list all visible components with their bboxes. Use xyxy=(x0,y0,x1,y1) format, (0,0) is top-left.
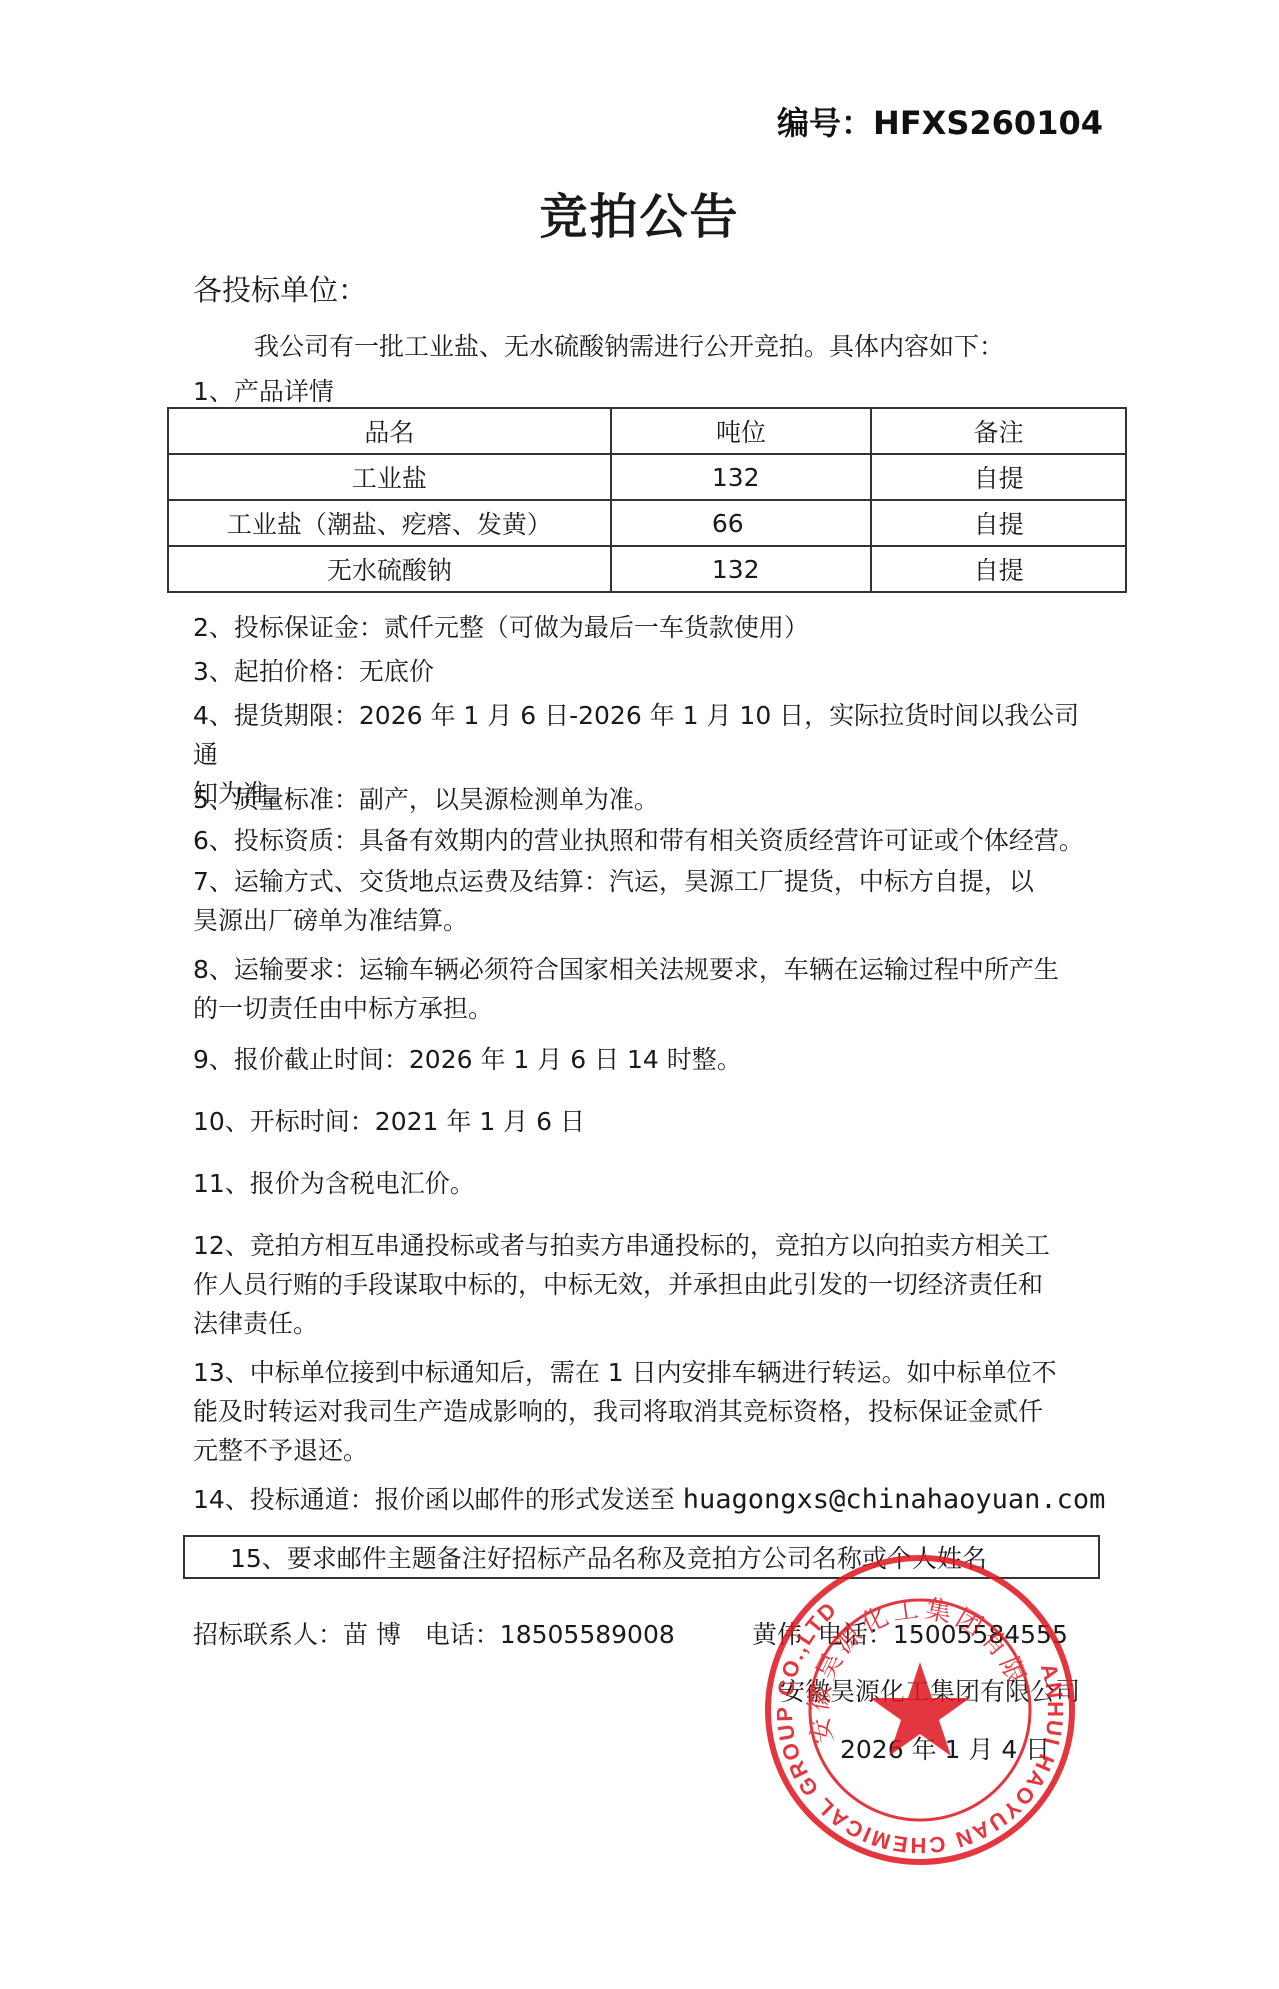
clause-text: 4、提货期限：2026 年 1 月 6 日-2026 年 1 月 10 日，实际… xyxy=(193,696,1103,774)
clause-text: 元整不予退还。 xyxy=(193,1431,1103,1470)
secondary-contact: 黄伟 电话：15005584555 xyxy=(752,1615,1068,1651)
clause-bid-channel: 14、投标通道：报价函以邮件的形式发送至 huagongxs@chinahaoy… xyxy=(193,1480,1103,1519)
clause-text: 5、质量标准：副产，以昊源检测单为准。 xyxy=(193,780,1103,819)
column-header-name: 品名 xyxy=(168,408,611,454)
clause-text: 昊源出厂磅单为准结算。 xyxy=(193,901,1103,940)
email-link[interactable]: huagongxs@chinahaoyuan.com xyxy=(683,1484,1106,1515)
cell-tonnage: 132 xyxy=(611,546,871,592)
cell-name: 无水硫酸钠 xyxy=(168,546,611,592)
cell-note: 自提 xyxy=(871,454,1126,500)
cell-name: 工业盐 xyxy=(168,454,611,500)
clause-quote-deadline: 9、报价截止时间：2026 年 1 月 6 日 14 时整。 xyxy=(193,1040,1103,1079)
clause-tax-price: 11、报价为含税电汇价。 xyxy=(193,1164,1103,1203)
clause-text: 的一切责任由中标方承担。 xyxy=(193,989,1103,1028)
primary-contact: 招标联系人：苗 博 电话：18505589008 xyxy=(193,1615,675,1651)
clause-transport-requirements: 8、运输要求：运输车辆必须符合国家相关法规要求，车辆在运输过程中所产生 的一切责… xyxy=(193,950,1103,1028)
company-name: 安徽昊源化工集团有限公司 xyxy=(780,1672,1080,1708)
column-header-tonnage: 吨位 xyxy=(611,408,871,454)
clause-text: 3、起拍价格：无底价 xyxy=(193,652,1103,691)
cell-tonnage: 66 xyxy=(611,500,871,546)
clause-text: 能及时转运对我司生产造成影响的，我司将取消其竞标资格，投标保证金贰仟 xyxy=(193,1392,1103,1431)
clause-text: 2、投标保证金：贰仟元整（可做为最后一车货款使用） xyxy=(193,608,1103,647)
table-row: 工业盐 132 自提 xyxy=(168,454,1126,500)
email-subject-notice: 15、要求邮件主题备注好招标产品名称及竞拍方公司名称或个人姓名 xyxy=(183,1535,1100,1579)
clause-transport-settlement: 7、运输方式、交货地点运费及结算：汽运，昊源工厂提货，中标方自提，以 昊源出厂磅… xyxy=(193,862,1103,940)
clause-winning-bid: 13、中标单位接到中标通知后，需在 1 日内安排车辆进行转运。如中标单位不 能及… xyxy=(193,1353,1103,1470)
clause-text: 法律责任。 xyxy=(193,1304,1103,1343)
cell-note: 自提 xyxy=(871,546,1126,592)
clause-opening-time: 10、开标时间：2021 年 1 月 6 日 xyxy=(193,1102,1103,1141)
clause-text: 11、报价为含税电汇价。 xyxy=(193,1164,1103,1203)
clause-qualification: 6、投标资质：具备有效期内的营业执照和带有相关资质经营许可证或个体经营。 xyxy=(193,821,1103,860)
cell-tonnage: 132 xyxy=(611,454,871,500)
clause-text: 6、投标资质：具备有效期内的营业执照和带有相关资质经营许可证或个体经营。 xyxy=(193,821,1103,860)
salutation: 各投标单位： xyxy=(193,268,367,309)
cell-note: 自提 xyxy=(871,500,1126,546)
column-header-note: 备注 xyxy=(871,408,1126,454)
page-title: 竞拍公告 xyxy=(0,178,1279,247)
table-row: 工业盐（潮盐、疙瘩、发黄） 66 自提 xyxy=(168,500,1126,546)
clause-text: 7、运输方式、交货地点运费及结算：汽运，昊源工厂提货，中标方自提，以 xyxy=(193,862,1103,901)
table-header-row: 品名 吨位 备注 xyxy=(168,408,1126,454)
clause-start-price: 3、起拍价格：无底价 xyxy=(193,652,1103,691)
clause-text: 9、报价截止时间：2026 年 1 月 6 日 14 时整。 xyxy=(193,1040,1103,1079)
clause-text: 10、开标时间：2021 年 1 月 6 日 xyxy=(193,1102,1103,1141)
intro-paragraph: 我公司有一批工业盐、无水硫酸钠需进行公开竞拍。具体内容如下： xyxy=(254,327,1004,363)
clause-text: 12、竞拍方相互串通投标或者与拍卖方串通投标的，竞拍方以向拍卖方相关工 xyxy=(193,1226,1103,1265)
clause-text: 作人员行贿的手段谋取中标的，中标无效，并承担由此引发的一切经济责任和 xyxy=(193,1265,1103,1304)
clause-text: 8、运输要求：运输车辆必须符合国家相关法规要求，车辆在运输过程中所产生 xyxy=(193,950,1103,989)
product-table: 品名 吨位 备注 工业盐 132 自提 工业盐（潮盐、疙瘩、发黄） 66 自提 … xyxy=(167,407,1127,593)
clause-quality: 5、质量标准：副产，以昊源检测单为准。 xyxy=(193,780,1103,819)
section-product-details-title: 1、产品详情 xyxy=(193,372,334,408)
clause-text: 14、投标通道：报价函以邮件的形式发送至 xyxy=(193,1485,683,1514)
company-seal-icon: ANHUI HAOYUAN CHEMICAL GROUP CO.,LTD 安徽昊… xyxy=(760,1550,1080,1870)
cell-name: 工业盐（潮盐、疙瘩、发黄） xyxy=(168,500,611,546)
clause-collusion: 12、竞拍方相互串通投标或者与拍卖方串通投标的，竞拍方以向拍卖方相关工 作人员行… xyxy=(193,1226,1103,1343)
table-row: 无水硫酸钠 132 自提 xyxy=(168,546,1126,592)
clause-text: 13、中标单位接到中标通知后，需在 1 日内安排车辆进行转运。如中标单位不 xyxy=(193,1353,1103,1392)
clause-deposit: 2、投标保证金：贰仟元整（可做为最后一车货款使用） xyxy=(193,608,1103,647)
issue-date: 2026 年 1 月 4 日 xyxy=(840,1730,1050,1766)
document-number: 编号：HFXS260104 xyxy=(777,98,1103,144)
